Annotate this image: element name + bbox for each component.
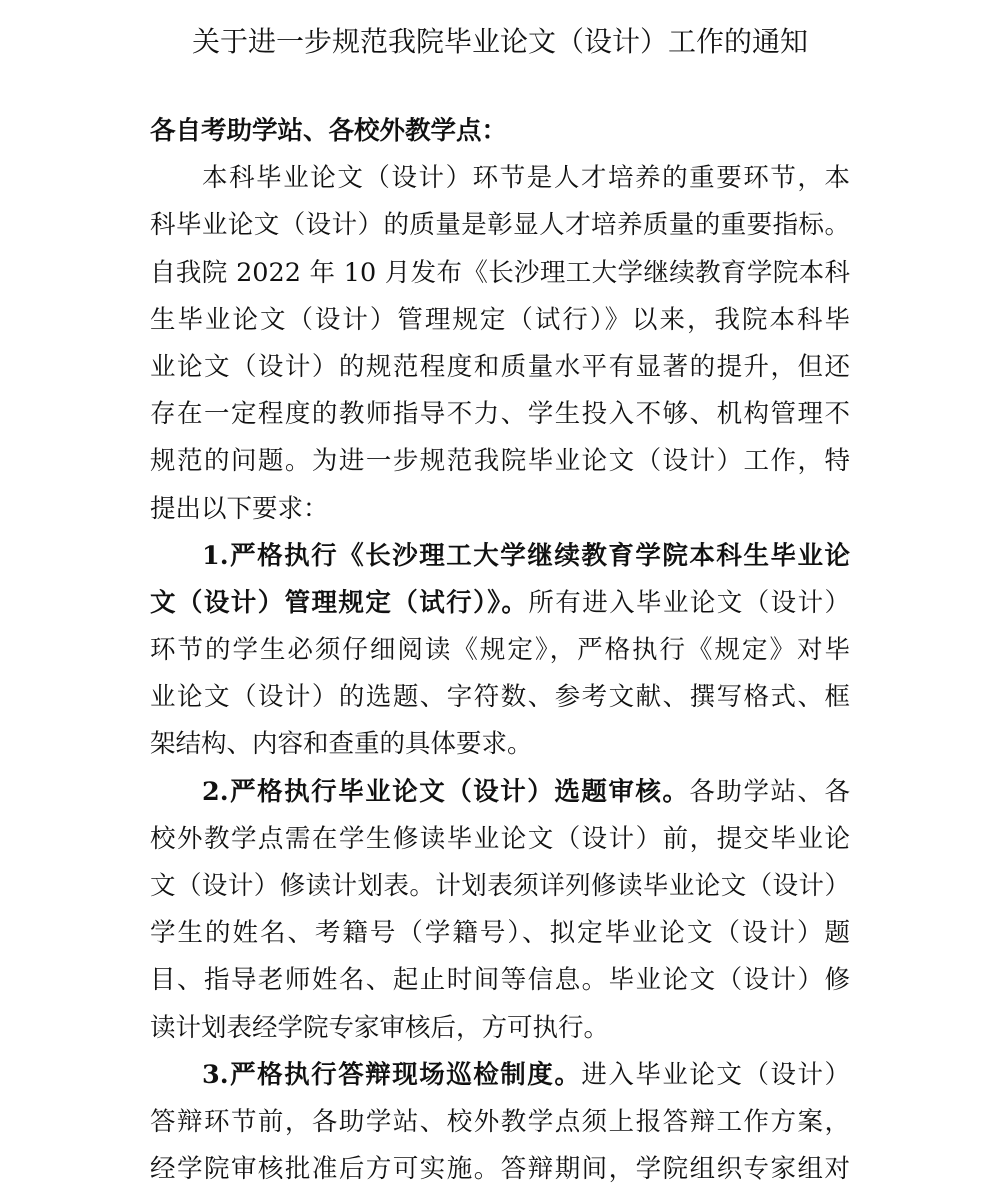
paragraph-line: 业论文（设计）的选题、字符数、参考文献、撰写格式、框: [150, 674, 850, 721]
paragraph-line: 答辩环节前，各助学站、校外教学点须上报答辩工作方案，: [150, 1099, 850, 1146]
intro-paragraph: 本科毕业论文（设计）环节是人才培养的重要环节，本 科毕业论文（设计）的质量是彰显…: [150, 155, 850, 533]
paragraph-line: 架结构、内容和查重的具体要求。: [150, 721, 850, 768]
paragraph-line: 存在一定程度的教师指导不力、学生投入不够、机构管理不: [150, 391, 850, 438]
paragraph-line: 业论文（设计）的规范程度和质量水平有显著的提升，但还: [150, 344, 850, 391]
paragraph-line: 读计划表经学院专家审核后，方可执行。: [150, 1005, 850, 1052]
paragraph-line: 科毕业论文（设计）的质量是彰显人才培养质量的重要指标。: [150, 202, 850, 249]
paragraph-line: 规范的问题。为进一步规范我院毕业论文（设计）工作，特: [150, 438, 850, 485]
paragraph-line: 本科毕业论文（设计）环节是人才培养的重要环节，本: [150, 155, 850, 202]
item-heading: 3.严格执行答辩现场巡检制度。: [202, 1060, 581, 1090]
requirement-item-1: 1.严格执行《长沙理工大学继续教育学院本科生毕业论 文（设计）管理规定（试行）》…: [150, 533, 850, 769]
item-heading: 2.严格执行毕业论文（设计）选题审核。: [202, 777, 689, 807]
item-heading: 1.严格执行《长沙理工大学继续教育学院本科生毕业论: [150, 533, 850, 580]
paragraph-line: 自我院 2022 年 10 月发布《长沙理工大学继续教育学院本科: [150, 250, 850, 297]
item-text: 进入毕业论文（设计）: [581, 1060, 850, 1090]
item-text: 所有进入毕业论文（设计）: [528, 588, 850, 618]
paragraph-line: 3.严格执行答辩现场巡检制度。进入毕业论文（设计）: [150, 1052, 850, 1099]
document-body: 各自考助学站、各校外教学点： 本科毕业论文（设计）环节是人才培养的重要环节，本 …: [150, 108, 850, 1193]
paragraph-line: 经学院审核批准后方可实施。答辩期间，学院组织专家组对: [150, 1146, 850, 1193]
paragraph-line: 校外教学点需在学生修读毕业论文（设计）前，提交毕业论: [150, 816, 850, 863]
item-text: 各助学站、各: [689, 777, 850, 807]
paragraph-line: 学生的姓名、考籍号（学籍号）、拟定毕业论文（设计）题: [150, 910, 850, 957]
paragraph-line: 目、指导老师姓名、起止时间等信息。毕业论文（设计）修: [150, 957, 850, 1004]
item-heading-continued: 文（设计）管理规定（试行）》。: [150, 588, 528, 618]
paragraph-line: 文（设计）管理规定（试行）》。所有进入毕业论文（设计）: [150, 580, 850, 627]
salutation: 各自考助学站、各校外教学点：: [150, 108, 850, 155]
document-page: 关于进一步规范我院毕业论文（设计）工作的通知 各自考助学站、各校外教学点： 本科…: [0, 0, 1000, 1193]
paragraph-line: 2.严格执行毕业论文（设计）选题审核。各助学站、各: [150, 769, 850, 816]
paragraph-line: 生毕业论文（设计）管理规定（试行）》以来，我院本科毕: [150, 297, 850, 344]
paragraph-line: 提出以下要求：: [150, 486, 850, 533]
requirement-item-2: 2.严格执行毕业论文（设计）选题审核。各助学站、各 校外教学点需在学生修读毕业论…: [150, 769, 850, 1052]
paragraph-line: 文（设计）修读计划表。计划表须详列修读毕业论文（设计）: [150, 863, 850, 910]
document-title: 关于进一步规范我院毕业论文（设计）工作的通知: [0, 18, 1000, 66]
requirement-item-3: 3.严格执行答辩现场巡检制度。进入毕业论文（设计） 答辩环节前，各助学站、校外教…: [150, 1052, 850, 1193]
paragraph-line: 环节的学生必须仔细阅读《规定》，严格执行《规定》对毕: [150, 627, 850, 674]
